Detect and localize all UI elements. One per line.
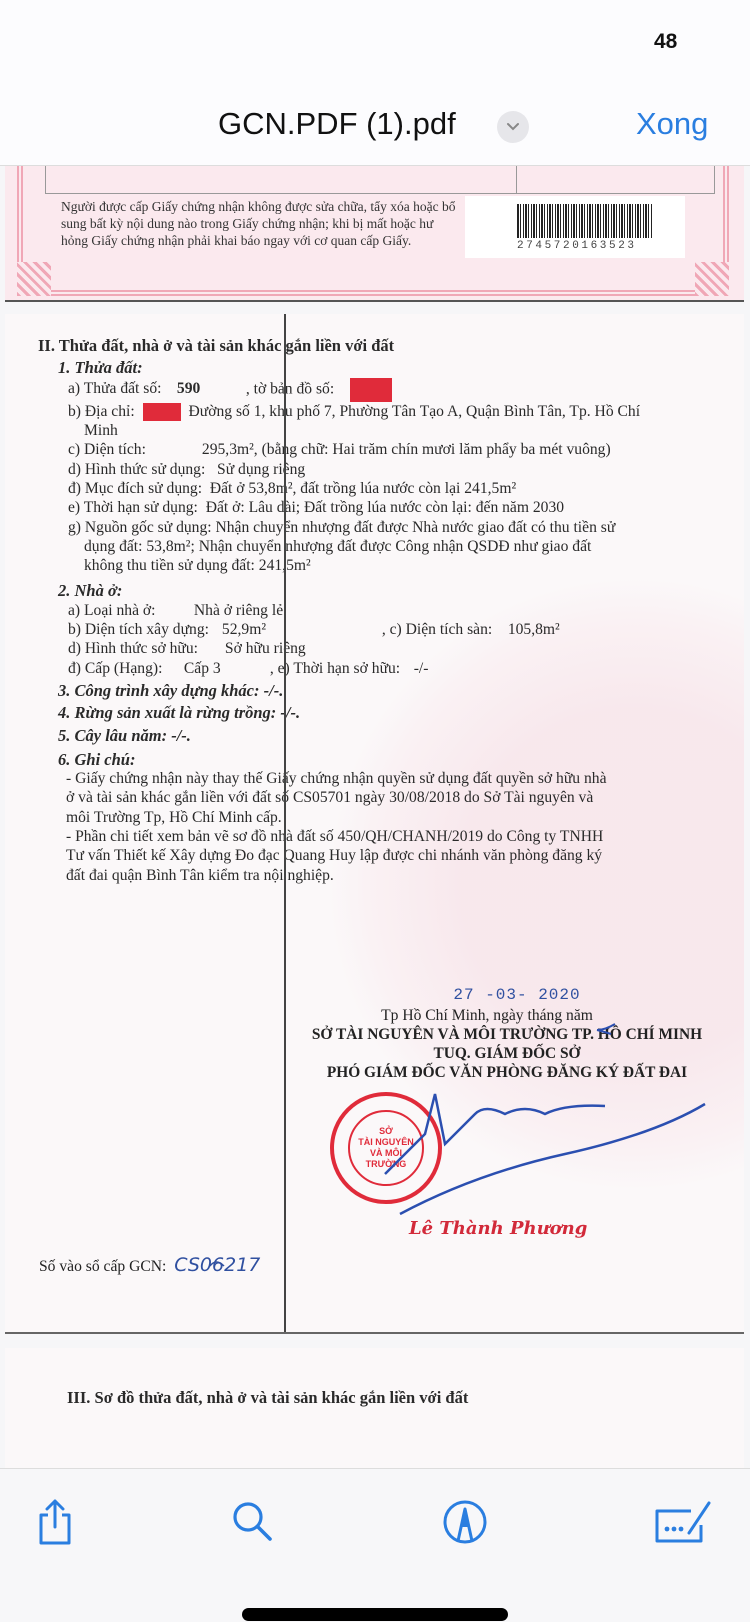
- signature-icon: [651, 1499, 715, 1545]
- status-bar: 48: [0, 0, 750, 80]
- chevron-down-icon: [506, 122, 520, 132]
- barcode-number: 2745720163523: [517, 240, 637, 252]
- search-icon: [230, 1499, 276, 1545]
- pdf-page-2: II. Thửa đất, nhà ở và tài sản khác gắn …: [5, 314, 744, 1334]
- markup-button[interactable]: [440, 1497, 490, 1547]
- signature-button[interactable]: [648, 1497, 718, 1547]
- home-indicator[interactable]: [242, 1608, 508, 1621]
- markup-pen-icon: [442, 1499, 488, 1545]
- barcode: [517, 204, 652, 238]
- barcode-area: 2745720163523: [465, 196, 685, 258]
- pdf-page-3: III. Sơ đồ thửa đất, nhà ở và tài sản kh…: [5, 1348, 744, 1468]
- section-title: III. Sơ đồ thửa đất, nhà ở và tài sản kh…: [67, 1388, 468, 1408]
- document-title[interactable]: GCN.PDF (1).pdf: [218, 106, 456, 142]
- signer-name: Lê Thành Phương: [409, 1218, 587, 1239]
- battery-level: 48: [654, 30, 677, 53]
- corner-ornament: [695, 262, 729, 296]
- navigation-bar: GCN.PDF (1).pdf Xong: [0, 80, 750, 166]
- warning-text: Người được cấp Giấy chứng nhận không đượ…: [61, 198, 461, 249]
- battery-indicator: 48: [654, 30, 677, 54]
- done-button[interactable]: Xong: [636, 106, 708, 142]
- certificate-box: [45, 166, 715, 194]
- title-menu-button[interactable]: [497, 111, 529, 143]
- handwritten-signature: [5, 314, 744, 1334]
- bottom-toolbar: [0, 1468, 750, 1622]
- share-button[interactable]: [30, 1497, 80, 1547]
- corner-ornament: [17, 262, 51, 296]
- gcn-registry-number: Số vào sổ cấp GCN: CS06217: [39, 1254, 260, 1276]
- search-button[interactable]: [228, 1497, 278, 1547]
- share-icon: [35, 1497, 75, 1547]
- pdf-page-1: Người được cấp Giấy chứng nhận không đượ…: [5, 166, 744, 302]
- fold-line: [284, 314, 286, 1334]
